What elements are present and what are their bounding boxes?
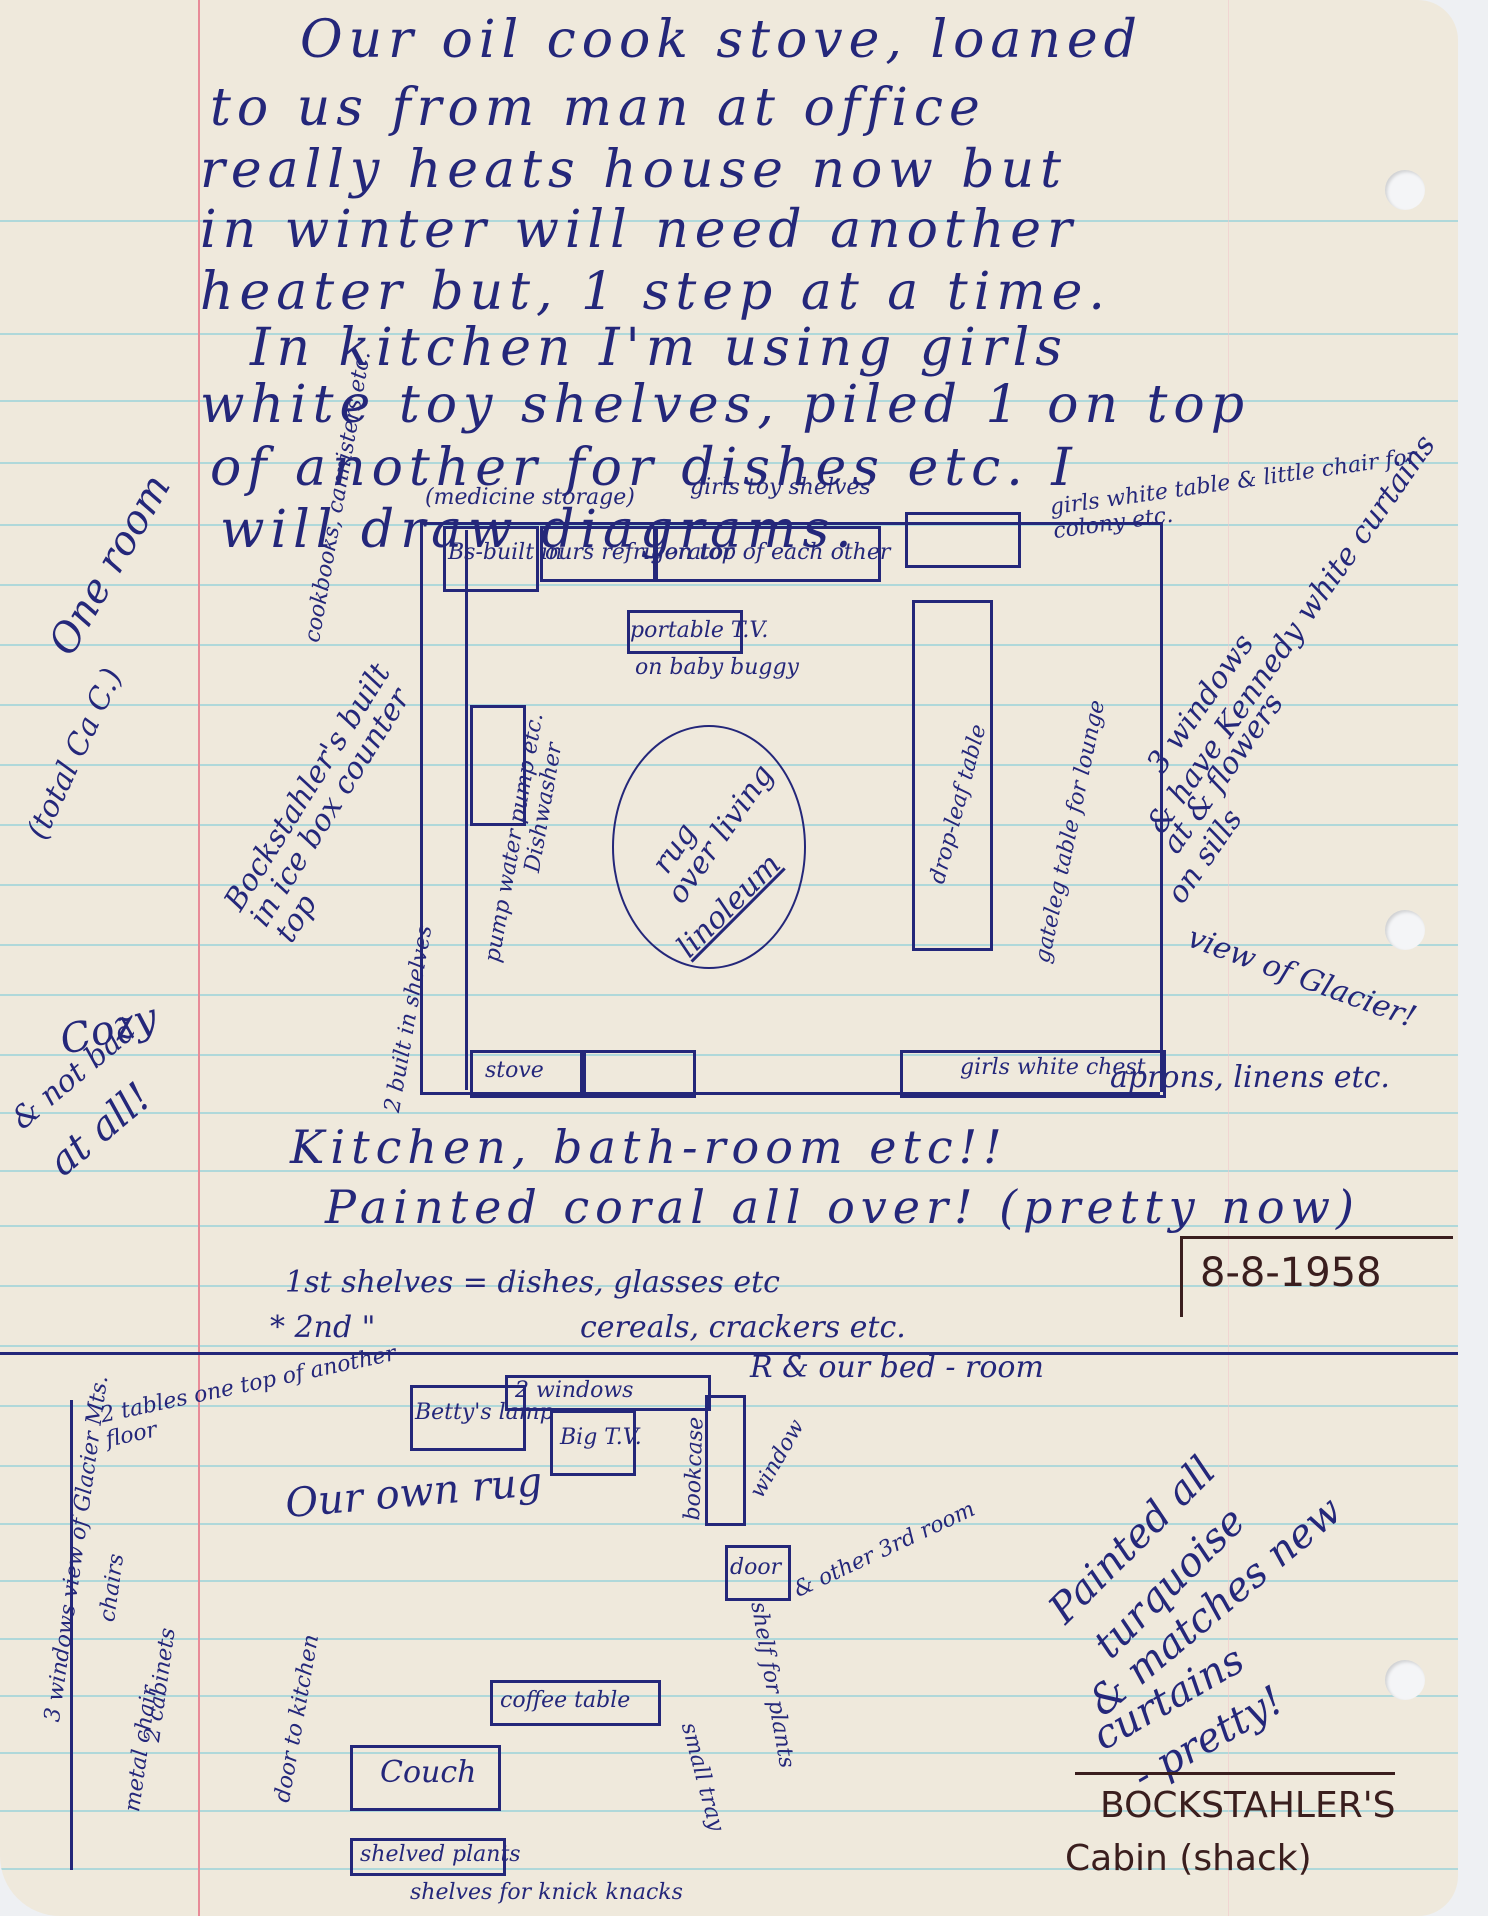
label-on-top: on top of each other: [665, 540, 890, 565]
label-other-room: & other 3rd room: [790, 1497, 979, 1603]
label-medicine: (medicine storage): [425, 485, 635, 510]
shelf-list-second-prefix: * 2nd ": [270, 1310, 375, 1345]
label-bookcase: bookcase: [680, 1416, 709, 1520]
margin-note-one-room: One room: [40, 467, 180, 663]
letter-line: heater but, 1 step at a time.: [200, 262, 1111, 322]
punch-hole: [1385, 1660, 1425, 1700]
ruled-line: [0, 994, 1458, 996]
label-view-glacier: view of Glacier!: [1183, 920, 1421, 1035]
notebook-page: Our oil cook stove, loaned to us from ma…: [0, 0, 1458, 1916]
title-label-line2: Cabin (shack): [1065, 1838, 1312, 1879]
punch-hole: [1385, 910, 1425, 950]
label-three-windows-left: 3 windows view of Glacier Mts.: [40, 1374, 113, 1724]
label-stove: stove: [485, 1058, 544, 1083]
kitchen-bath-line: Kitchen, bath-room etc!!: [290, 1120, 1008, 1174]
label-big-tv: Big T.V.: [560, 1425, 642, 1450]
label-shelved-plants: shelved plants: [360, 1842, 521, 1867]
label-aprons: aprons, linens etc.: [1110, 1060, 1390, 1095]
label-plant-shelf: shelf for plants: [745, 1600, 799, 1770]
ruled-line: [0, 584, 1458, 586]
shelf-list-second: cereals, crackers etc.: [580, 1310, 906, 1345]
label-our-own: Our own rug: [283, 1459, 544, 1527]
letter-line: really heats house now but: [200, 140, 1067, 200]
label-couch: Couch: [380, 1755, 476, 1790]
label-window: window: [745, 1415, 810, 1502]
ruled-line: [0, 1054, 1458, 1056]
letter-line: Our oil cook stove, loaned: [300, 10, 1143, 70]
label-portable-tv: portable T.V.: [630, 618, 768, 643]
label-two-windows: 2 windows: [515, 1378, 633, 1403]
label-chairs: chairs: [95, 1552, 129, 1623]
bookcase-box: [705, 1395, 746, 1526]
letter-line: to us from man at office: [210, 78, 986, 138]
counter-inner-line: [465, 530, 468, 1090]
label-small-tray: small tray: [676, 1720, 729, 1834]
shelf-box: [580, 1050, 696, 1098]
label-baby-buggy: on baby buggy: [635, 655, 799, 680]
punch-hole: [1385, 170, 1425, 210]
label-coffee-table: coffee table: [500, 1688, 630, 1713]
label-door: door: [730, 1555, 781, 1580]
title-label-line1: BOCKSTAHLER'S: [1100, 1785, 1395, 1826]
ruled-line: [0, 1112, 1458, 1114]
letter-line: in winter will need another: [200, 200, 1078, 260]
label-toy-shelves: girls toy shelves: [690, 475, 871, 500]
section-divider: [0, 1352, 1458, 1355]
label-door-kitchen: door to kitchen: [270, 1633, 324, 1805]
date: 8-8-1958: [1200, 1250, 1382, 1296]
ruled-line: [0, 1638, 1458, 1640]
ruled-line: [0, 1752, 1458, 1754]
label-snacks: shelves for knick knacks: [410, 1880, 683, 1905]
girls-table-box: [905, 512, 1021, 568]
margin-note-total: (total Ca C.): [20, 663, 130, 845]
wall-top: [420, 522, 1160, 525]
bedroom-heading: R & our bed - room: [750, 1350, 1044, 1385]
label-gateleg: gateleg table for lounge: [1030, 698, 1110, 965]
ruled-line: [0, 1345, 1458, 1347]
shelf-list-first: 1st shelves = dishes, glasses etc: [285, 1265, 780, 1300]
label-built-in-shelves: 2 built in shelves: [380, 923, 438, 1114]
painted-coral-line: Painted coral all over! (pretty now): [325, 1180, 1360, 1234]
